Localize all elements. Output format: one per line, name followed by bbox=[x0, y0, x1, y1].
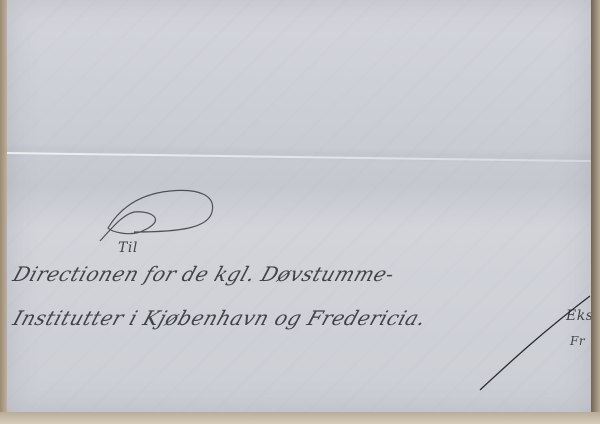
page-bottom-edge bbox=[0, 412, 600, 424]
page-right-edge bbox=[591, 0, 600, 424]
margin-note-line-2: Fr bbox=[570, 334, 585, 348]
address-line-2: Institutter i Kjøbenhavn og Fredericia. bbox=[10, 306, 429, 330]
address-line-1: Directionen for de kgl. Døvstumme- bbox=[10, 262, 398, 286]
salutation-text: Til bbox=[118, 240, 138, 256]
diagonal-stroke-icon bbox=[0, 0, 600, 424]
